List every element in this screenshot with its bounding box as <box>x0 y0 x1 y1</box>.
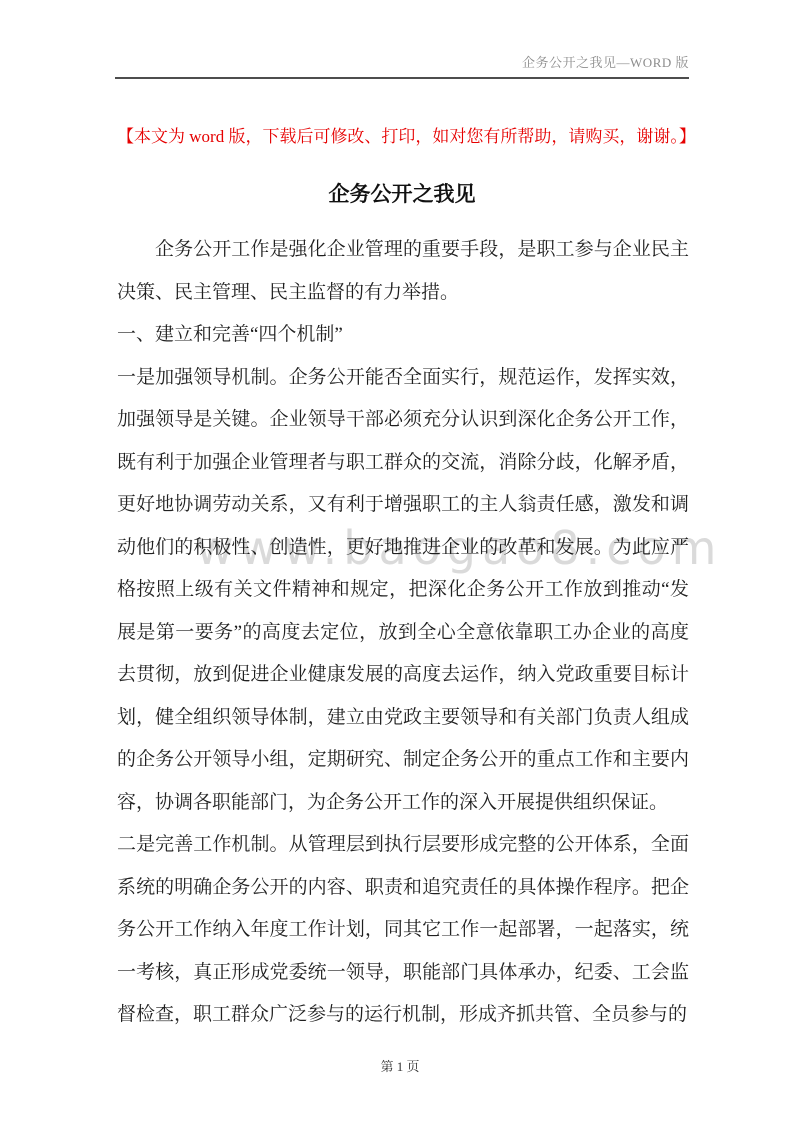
document-body: 企务公开工作是强化企业管理的重要手段，是职工参与企业民主决策、民主管理、民主监督… <box>117 229 689 1037</box>
paragraph: 一是加强领导机制。企务公开能否全面实行，规范运作，发挥实效，加强领导是关键。企业… <box>117 357 689 825</box>
purchase-notice-text: 【本文为 word 版，下载后可修改、打印，如对您有所帮助，请购买，谢谢。】 <box>117 122 688 147</box>
paragraph: 二是完善工作机制。从管理层到执行层要形成完整的公开体系，全面系统的明确企务公开的… <box>117 824 689 1037</box>
page-header-running-title: 企务公开之我见—WORD 版 <box>115 52 689 79</box>
page-number-footer: 第 1 页 <box>0 1056 800 1075</box>
paragraph: 一、建立和完善“四个机制” <box>117 314 689 357</box>
paragraph: 企务公开工作是强化企业管理的重要手段，是职工参与企业民主决策、民主管理、民主监督… <box>117 229 689 314</box>
document-page: 企务公开之我见—WORD 版 【本文为 word 版，下载后可修改、打印，如对您… <box>0 0 800 1132</box>
document-title: 企务公开之我见 <box>115 178 689 208</box>
